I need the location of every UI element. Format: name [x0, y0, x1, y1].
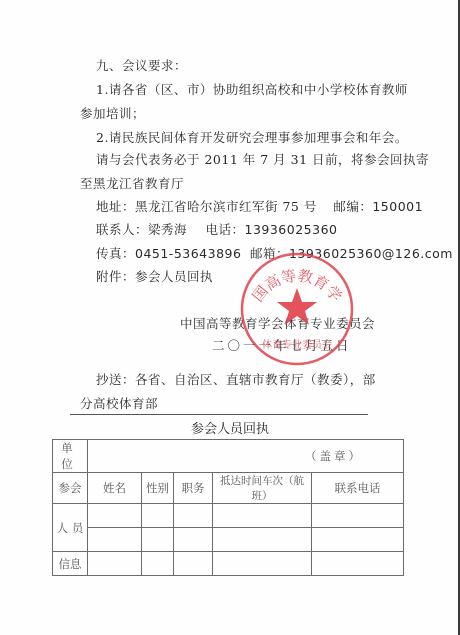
deadline-line1: 请与会代表务必于 2011 年 7 月 31 日前，将参会回执寄	[96, 152, 429, 168]
col-title: 职务	[174, 473, 213, 504]
cell-title[interactable]	[174, 504, 213, 528]
requirement-1-line2: 参加培训；	[80, 106, 145, 122]
document-page: 九、会议要求： 1.请各省（区、市）协助组织高校和中小学校体育教师 参加培训； …	[0, 0, 460, 635]
side-label-1: 参会	[53, 473, 88, 504]
address: 地址：黑龙江省哈尔滨市红军街 75 号 邮编：150001	[96, 199, 423, 215]
seal-note: （盖章）	[305, 449, 363, 463]
cc-line1: 抄送：各省、自治区、直辖市教育厅（教委），部	[96, 372, 376, 388]
contact-person: 联系人：梁秀海	[96, 222, 187, 237]
postcode: 邮编：150001	[333, 199, 423, 214]
unit-label: 单 位	[53, 440, 88, 473]
address-text: 地址：黑龙江省哈尔滨市红军街 75 号	[96, 199, 317, 214]
cell-gender[interactable]	[142, 504, 174, 528]
side-label-2: 人 员	[53, 504, 88, 552]
cell-gender[interactable]	[142, 552, 174, 576]
fax: 传真：0451-53643896	[96, 246, 241, 261]
requirement-1-line1: 1.请各省（区、市）协助组织高校和中小学校体育教师	[96, 82, 408, 98]
cell-arrival[interactable]	[213, 504, 312, 528]
receipt-table: 单 位 （盖章） 参会 姓名 性别 职务 抵达时间车次（航班） 联系电话 人 员…	[52, 439, 404, 576]
col-phone: 联系电话	[312, 473, 404, 504]
col-name: 姓名	[88, 473, 142, 504]
unit-field[interactable]: （盖章）	[88, 440, 404, 473]
side-label-3: 信息	[53, 552, 88, 576]
table-row: 信息	[53, 552, 404, 576]
col-arrival: 抵达时间车次（航班）	[213, 473, 312, 504]
cell-phone[interactable]	[312, 528, 404, 552]
table-row: 人 员	[53, 504, 404, 528]
cell-title[interactable]	[174, 528, 213, 552]
divider	[70, 414, 368, 415]
cell-phone[interactable]	[312, 504, 404, 528]
cell-name[interactable]	[88, 504, 142, 528]
cell-arrival[interactable]	[213, 552, 312, 576]
phone: 电话：13936025360	[206, 222, 338, 237]
requirement-2: 2.请民族民间体育开发研究会理事参加理事会和年会。	[96, 130, 408, 146]
svg-text:体育专业委员会: 体育专业委员会	[262, 338, 332, 351]
attachment-note: 附件：参会人员回执	[96, 269, 213, 285]
contact: 联系人：梁秀海 电话：13936025360	[96, 222, 337, 238]
receipt-title: 参会人员回执	[0, 418, 460, 437]
cell-gender[interactable]	[142, 528, 174, 552]
deadline-line2: 至黑龙江省教育厅	[80, 176, 184, 192]
section-heading: 九、会议要求：	[96, 58, 187, 74]
cell-title[interactable]	[174, 552, 213, 576]
header-row: 参会 姓名 性别 职务 抵达时间车次（航班） 联系电话	[53, 473, 404, 504]
cell-arrival[interactable]	[213, 528, 312, 552]
table-row	[53, 528, 404, 552]
official-seal-icon: 国高等教育学 体育专业委员会	[238, 250, 356, 368]
cell-name[interactable]	[88, 528, 142, 552]
cell-phone[interactable]	[312, 552, 404, 576]
cc-line2: 分高校体育部	[80, 396, 158, 412]
cell-name[interactable]	[88, 552, 142, 576]
col-gender: 性别	[142, 473, 174, 504]
unit-row: 单 位 （盖章）	[53, 440, 404, 473]
